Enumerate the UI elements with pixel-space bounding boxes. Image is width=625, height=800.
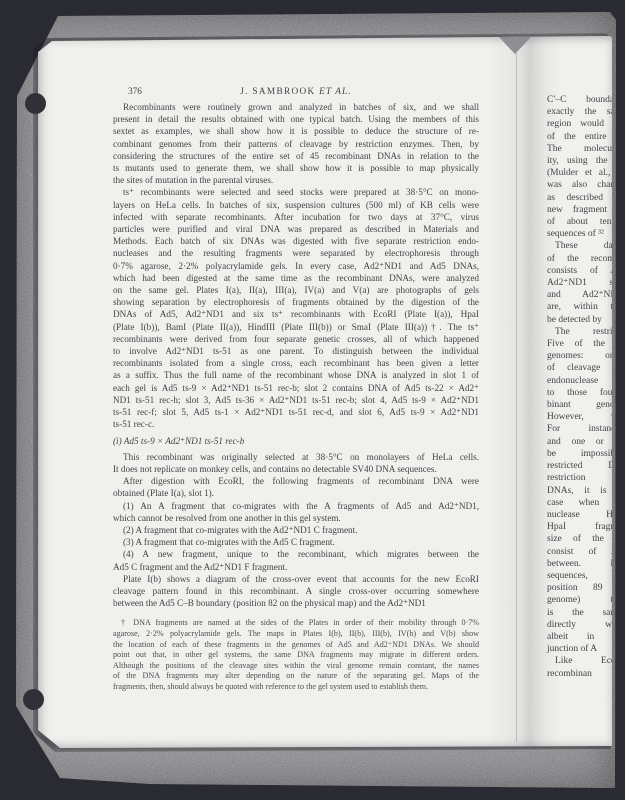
text-line: 0·7% agarose, 2·2% polyacrylamide gels. …: [113, 260, 479, 272]
text-line: (1) An A fragment that co-migrates with …: [113, 500, 479, 512]
text-line: be detected by: [547, 314, 614, 326]
book-page-sheet: 376 J. SAMBROOK ET AL. Recombinants were…: [38, 36, 614, 748]
text-line: genomes: only: [547, 350, 614, 362]
punch-hole-bottom: [23, 689, 44, 710]
list-item-3: (3) A fragment that co-migrates with the…: [113, 536, 479, 548]
text-line: be impossible: [547, 448, 614, 460]
punch-hole-top: [25, 93, 46, 114]
text-line: endonuclease: [547, 375, 614, 387]
text-line: nucleases and the resulting fragments we…: [113, 247, 479, 259]
text-line: was also charac: [547, 179, 614, 191]
text-line: The molecular: [547, 143, 614, 155]
scanned-page-canvas: 376 J. SAMBROOK ET AL. Recombinants were…: [0, 0, 625, 800]
text-line: of cleavage by: [547, 362, 614, 374]
text-line: of the recombi: [547, 253, 614, 265]
text-line: However, we: [547, 411, 614, 423]
text-line: are, within the: [547, 301, 614, 313]
text-line: new fragment o: [547, 204, 614, 216]
text-line: infected with separate recombinants. Aft…: [113, 211, 479, 223]
running-head: 376 J. SAMBROOK ET AL.: [113, 86, 479, 98]
text-line: as described in: [547, 192, 614, 204]
text-line: restricted DN: [547, 460, 614, 472]
running-title: J. SAMBROOK ET AL.: [188, 86, 404, 98]
text-line: ts-51 rec-f; slot 5, Ad5 ts-1 × Ad2⁺ND1 …: [113, 406, 479, 418]
right-page-text-column: C′–C boundaryexactly the samregion would…: [547, 94, 614, 680]
text-line: sequences, n: [547, 570, 614, 582]
list-item-2: (2) A fragment that co-migrates with the…: [113, 524, 479, 536]
text-line: ND1 ts-51 rec-h; slot 3, Ad5 ts-36 × Ad2…: [113, 394, 479, 406]
text-line: Recombinants were routinely grown and an…: [113, 101, 479, 113]
text-line: between the Ad5 C–B boundary (position 8…: [113, 597, 479, 609]
text-line: (Mulder et al., 1: [547, 167, 614, 179]
text-line: ts⁺ recombinants were selected and seed …: [113, 186, 479, 198]
right-paragraph-2: These data,of the recombiconsists of AdA…: [547, 240, 614, 325]
text-line: recombinants were derived from four sepa…: [113, 333, 479, 345]
text-line: combinant genomes from their patterns of…: [113, 138, 479, 150]
left-page-text-column: 376 J. SAMBROOK ET AL. Recombinants were…: [113, 86, 479, 692]
text-line: obtained (Plate I(a), slot 1).: [113, 487, 479, 499]
text-line: of the DNA fragments may alter depending…: [113, 671, 479, 682]
text-line: HpaI fragme: [547, 521, 614, 533]
text-line: Five of the si: [547, 338, 614, 350]
paragraph-digestion: After digestion with EcoRI, the followin…: [113, 475, 479, 499]
text-line: ts mutants used to generate them, we sha…: [113, 162, 479, 174]
right-paragraph-4: Like EcoRrecombinan: [547, 655, 614, 679]
text-line: which had been digested at the same time…: [113, 272, 479, 284]
text-line: the sites of mutation in the parental vi…: [113, 174, 479, 186]
text-line: fragments, then, should always be quoted…: [113, 682, 479, 693]
spine-crease-line: [516, 42, 517, 742]
text-line: (Plate I(b)), BamI (Plate II(a)), HindII…: [113, 321, 479, 333]
paragraph-intro: Recombinants were routinely grown and an…: [113, 101, 479, 186]
text-line: After digestion with EcoRI, the followin…: [113, 475, 479, 487]
text-line: This recombinant was originally selected…: [113, 451, 479, 463]
text-line: and Ad2⁺ND1: [547, 289, 614, 301]
text-line: ts-51 rec-c.: [113, 418, 479, 430]
text-line: sequences of ³²: [547, 228, 614, 240]
text-line: recombinants isolated from a single cros…: [113, 357, 479, 369]
text-line: as a suffix. Thus the full name of the r…: [113, 369, 479, 381]
text-line: each gel is Ad5 ts-9 × Ad2⁺ND1 ts-51 rec…: [113, 382, 479, 394]
text-line: Ad5 C fragment and the Ad2⁺ND1 F fragmen…: [113, 561, 479, 573]
text-line: † DNA fragments are named at the sides o…: [113, 618, 479, 629]
text-line: and one or th: [547, 436, 614, 448]
paragraph-recombinant: This recombinant was originally selected…: [113, 451, 479, 475]
text-line: restriction of: [547, 472, 614, 484]
text-line: These data,: [547, 240, 614, 252]
text-line: point out that, in other gel systems, th…: [113, 650, 479, 661]
text-line: case when th: [547, 497, 614, 509]
list-item-1: (1) An A fragment that co-migrates with …: [113, 500, 479, 524]
text-line: layers on HeLa cells. In batches of six,…: [113, 199, 479, 211]
text-line: (2) A fragment that co-migrates with the…: [113, 524, 479, 536]
text-line: which cannot be resolved from one anothe…: [113, 512, 479, 524]
text-line: C′–C boundary: [547, 94, 614, 106]
paragraph-plate: Plate I(b) shows a diagram of the cross-…: [113, 573, 479, 610]
text-line: recombinan: [547, 668, 614, 680]
text-line: DNAs, it is p: [547, 485, 614, 497]
text-line: Plate I(b) shows a diagram of the cross-…: [113, 573, 479, 585]
section-heading: (i) Ad5 ts-9 × Ad2⁺ND1 ts-51 rec-b: [113, 435, 479, 447]
right-paragraph-3: The restrictiFive of the sigenomes: only…: [547, 326, 614, 655]
text-line: albeit in an: [547, 631, 614, 643]
text-line: sextet as examples, we shall show how it…: [113, 125, 479, 137]
text-line: Like EcoR: [547, 655, 614, 667]
text-line: ity, using the A: [547, 155, 614, 167]
text-line: (4) A new fragment, unique to the recomb…: [113, 548, 479, 560]
text-line: DNAs of Ad5, Ad2⁺ND1 and six ts⁺ recombi…: [113, 308, 479, 320]
text-line: agarose, 2·2% polyacrylamide gels. The m…: [113, 629, 479, 640]
text-line: is the same: [547, 607, 614, 619]
text-line: on the same gel. Plates I(a), II(a), III…: [113, 284, 479, 296]
paragraph-methods: ts⁺ recombinants were selected and seed …: [113, 186, 479, 430]
list-item-4: (4) A new fragment, unique to the recomb…: [113, 548, 479, 572]
text-line: consist of Ac: [547, 546, 614, 558]
text-line: size of the H: [547, 533, 614, 545]
text-line: present in detail the results obtained w…: [113, 113, 479, 125]
text-line: to involve Ad2⁺ND1 ts-51 as one parent. …: [113, 345, 479, 357]
text-line: of about tenfol: [547, 216, 614, 228]
text-line: of the entire A: [547, 131, 614, 143]
text-line: nuclease Hpa: [547, 509, 614, 521]
text-line: showing separation by electrophoresis of…: [113, 296, 479, 308]
text-line: (3) A fragment that co-migrates with the…: [113, 536, 479, 548]
text-line: considering the structures of the entire…: [113, 150, 479, 162]
text-line: genome) the: [547, 594, 614, 606]
text-line: Although the positions of the cleavage s…: [113, 661, 479, 672]
text-line: exactly the sam: [547, 106, 614, 118]
text-line: For instance,: [547, 423, 614, 435]
text-line: binant genom: [547, 399, 614, 411]
page-number: 376: [113, 86, 188, 98]
text-line: directly with: [547, 619, 614, 631]
text-line: It does not replicate on monkey cells, a…: [113, 463, 479, 475]
text-line: region would ge: [547, 118, 614, 130]
text-line: Methods. Each batch of six DNAs was dige…: [113, 235, 479, 247]
text-line: The restricti: [547, 326, 614, 338]
running-title-etal: ET AL.: [319, 87, 352, 97]
text-line: to those found: [547, 387, 614, 399]
footnote: † DNA fragments are named at the sides o…: [113, 618, 479, 692]
text-line: cleavage pattern found in this recombina…: [113, 585, 479, 597]
text-line: between. Ho: [547, 558, 614, 570]
text-line: particles were purified and viral DNA wa…: [113, 223, 479, 235]
running-title-authors: J. SAMBROOK: [240, 87, 319, 97]
text-line: junction of A: [547, 643, 614, 655]
right-paragraph-1: C′–C boundaryexactly the samregion would…: [547, 94, 614, 240]
text-line: the location of each of these fragments …: [113, 640, 479, 651]
text-line: consists of Ad: [547, 265, 614, 277]
text-line: Ad2⁺ND1 seq: [547, 277, 614, 289]
text-line: position 89 a: [547, 582, 614, 594]
